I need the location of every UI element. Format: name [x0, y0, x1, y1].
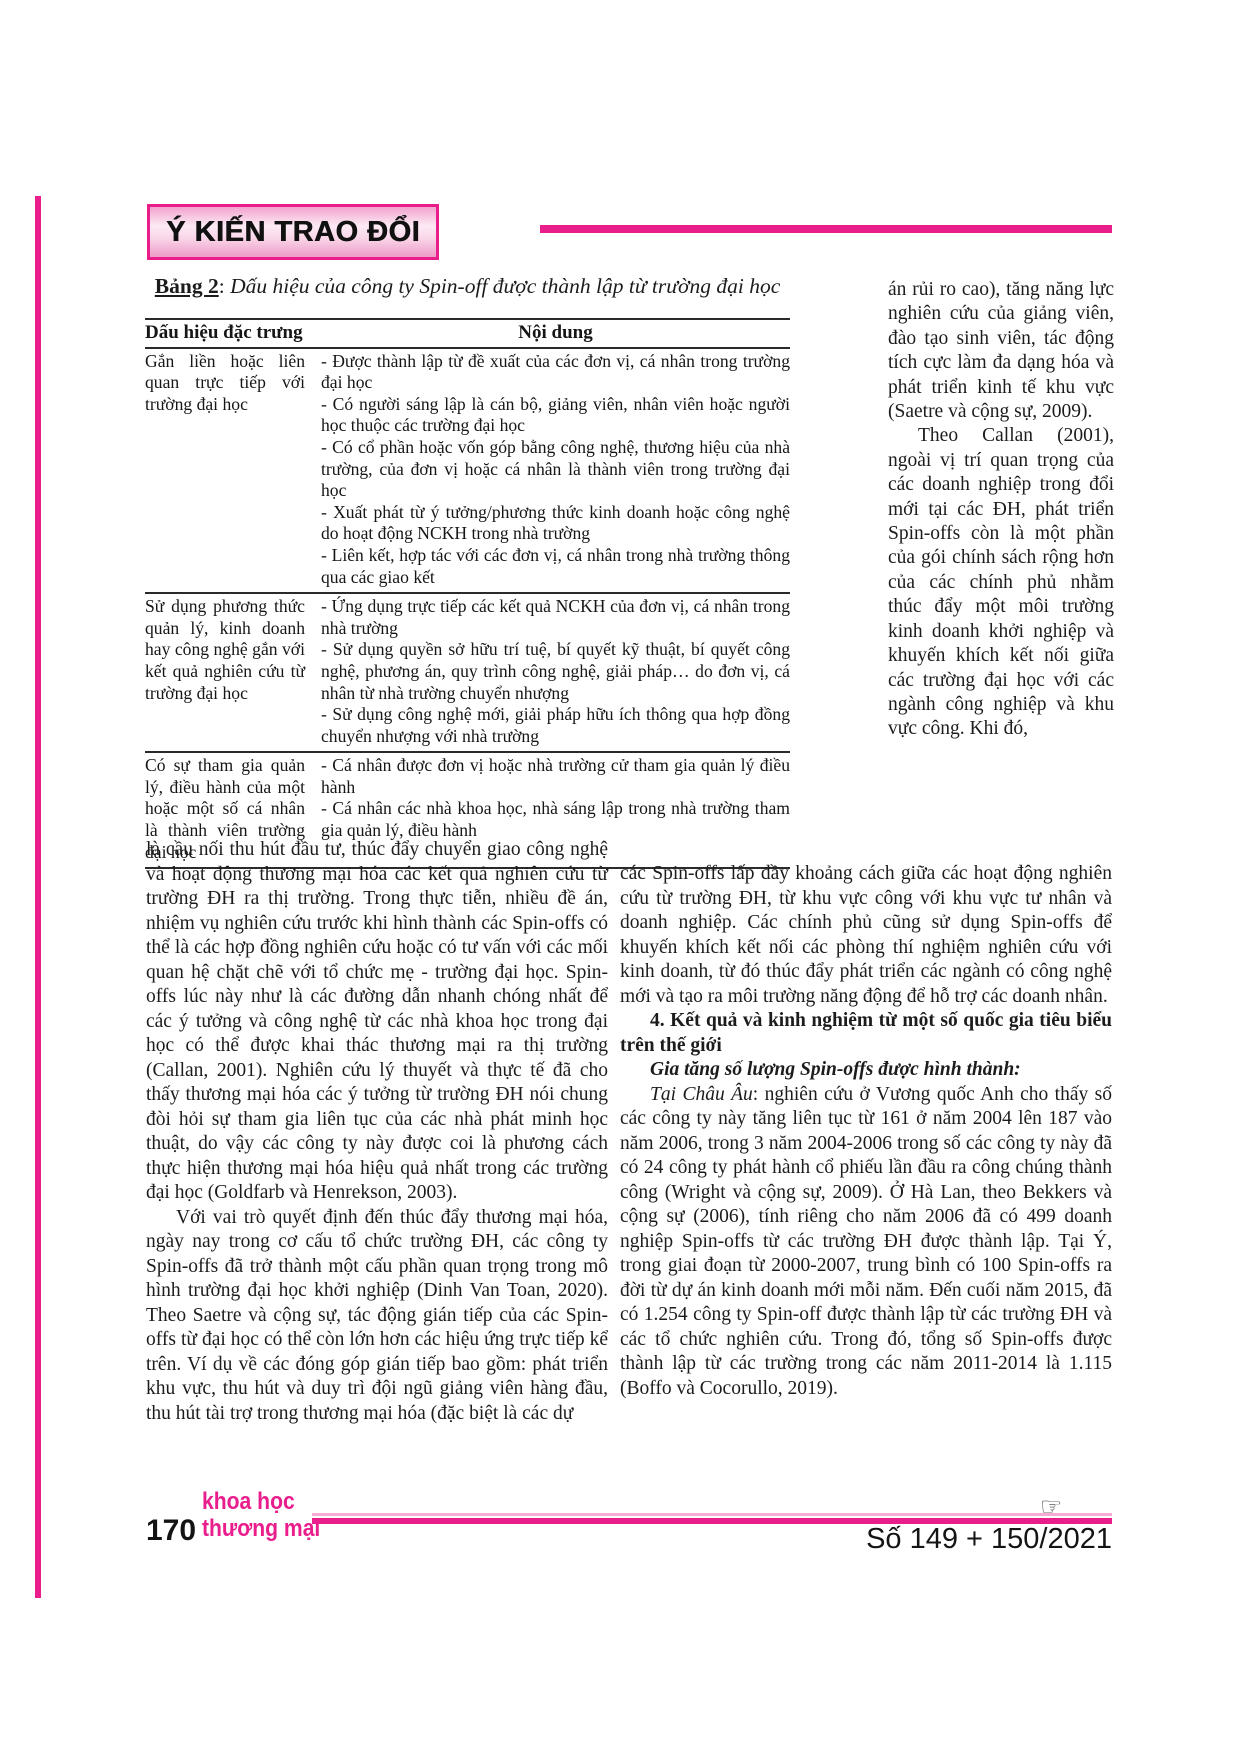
page-number: 170 — [146, 1514, 196, 1548]
table-caption-label: Bảng 2 — [155, 274, 219, 298]
paragraph: Với vai trò quyết định đến thúc đẩy thươ… — [146, 1206, 608, 1427]
sub-heading: Gia tăng số lượng Spin-offs được hình th… — [620, 1058, 1112, 1083]
journal-logo: khoa học thương mại — [202, 1488, 320, 1542]
content-item: - Được thành lập từ đề xuất của các đơn … — [321, 351, 790, 394]
journal-page: Ý KIẾN TRAO ĐỔI Bảng 2: Dấu hiệu của côn… — [0, 0, 1240, 1754]
feature-cell: Gắn liền hoặc liên quan trực tiếp với tr… — [145, 348, 321, 594]
content-item: - Liên kết, hợp tác với các đơn vị, cá n… — [321, 545, 790, 588]
content-item: - Cá nhân được đơn vị hoặc nhà trường cử… — [321, 755, 790, 798]
table-row: Gắn liền hoặc liên quan trực tiếp với tr… — [145, 348, 790, 594]
paragraph-lead: Tại Châu Âu — [650, 1084, 753, 1105]
column-header-feature: Dấu hiệu đặc trưng — [145, 319, 321, 348]
section-header-banner: Ý KIẾN TRAO ĐỔI — [147, 204, 439, 260]
left-border-rule — [35, 196, 41, 1598]
left-body-column: là cầu nối thu hút đầu tư, thúc đẩy chuy… — [146, 838, 608, 1426]
right-narrow-column: án rủi ro cao), tăng năng lực nghiên cứu… — [888, 278, 1114, 742]
paragraph-body: : nghiên cứu ở Vương quốc Anh cho thấy s… — [620, 1084, 1112, 1399]
right-body-column: các Spin-offs lấp đầy khoảng cách giữa c… — [620, 862, 1112, 1401]
content-item: - Sử dụng công nghệ mới, giải pháp hữu í… — [321, 704, 790, 747]
table-header-row: Dấu hiệu đặc trưng Nội dung — [145, 319, 790, 348]
content-cell: - Ứng dụng trực tiếp các kết quả NCKH củ… — [321, 593, 790, 752]
table-caption: Bảng 2: Dấu hiệu của công ty Spin-off đư… — [145, 274, 790, 299]
paragraph-continuation: là cầu nối thu hút đầu tư, thúc đẩy chuy… — [146, 838, 608, 1206]
content-item: - Cá nhân các nhà khoa học, nhà sáng lập… — [321, 798, 790, 841]
journal-name-line2: thương mại — [202, 1515, 320, 1542]
issue-number: Số 149 + 150/2021 — [812, 1523, 1112, 1556]
content-item: - Sử dụng quyền sở hữu trí tuệ, bí quyết… — [321, 639, 790, 704]
table-caption-separator: : — [219, 274, 230, 298]
paragraph-continuation: các Spin-offs lấp đầy khoảng cách giữa c… — [620, 862, 1112, 1009]
table-caption-title: Dấu hiệu của công ty Spin-off được thành… — [230, 274, 780, 298]
column-header-content: Nội dung — [321, 319, 790, 348]
pointing-hand-icon: ☞ — [1040, 1492, 1062, 1521]
section-heading: 4. Kết quả và kinh nghiệm từ một số quốc… — [620, 1009, 1112, 1058]
content-item: - Có cổ phần hoặc vốn góp bằng công nghệ… — [321, 437, 790, 502]
content-item: - Có người sáng lập là cán bộ, giảng viê… — [321, 394, 790, 437]
header-rule — [540, 225, 1112, 233]
content-item: - Ứng dụng trực tiếp các kết quả NCKH củ… — [321, 596, 790, 639]
feature-cell: Sử dụng phương thức quản lý, kinh doanh … — [145, 593, 321, 752]
journal-name-line1: khoa học — [202, 1488, 320, 1515]
content-cell: - Được thành lập từ đề xuất của các đơn … — [321, 348, 790, 594]
paragraph: Theo Callan (2001), ngoài vị trí quan tr… — [888, 424, 1114, 741]
section-header-label: Ý KIẾN TRAO ĐỔI — [166, 216, 420, 249]
spinoff-signs-table: Dấu hiệu đặc trưng Nội dung Gắn liền hoặ… — [145, 318, 790, 869]
paragraph-continuation: án rủi ro cao), tăng năng lực nghiên cứu… — [888, 278, 1114, 424]
paragraph: Tại Châu Âu: nghiên cứu ở Vương quốc Anh… — [620, 1083, 1112, 1402]
table-row: Sử dụng phương thức quản lý, kinh doanh … — [145, 593, 790, 752]
content-item: - Xuất phát từ ý tưởng/phương thức kinh … — [321, 502, 790, 545]
